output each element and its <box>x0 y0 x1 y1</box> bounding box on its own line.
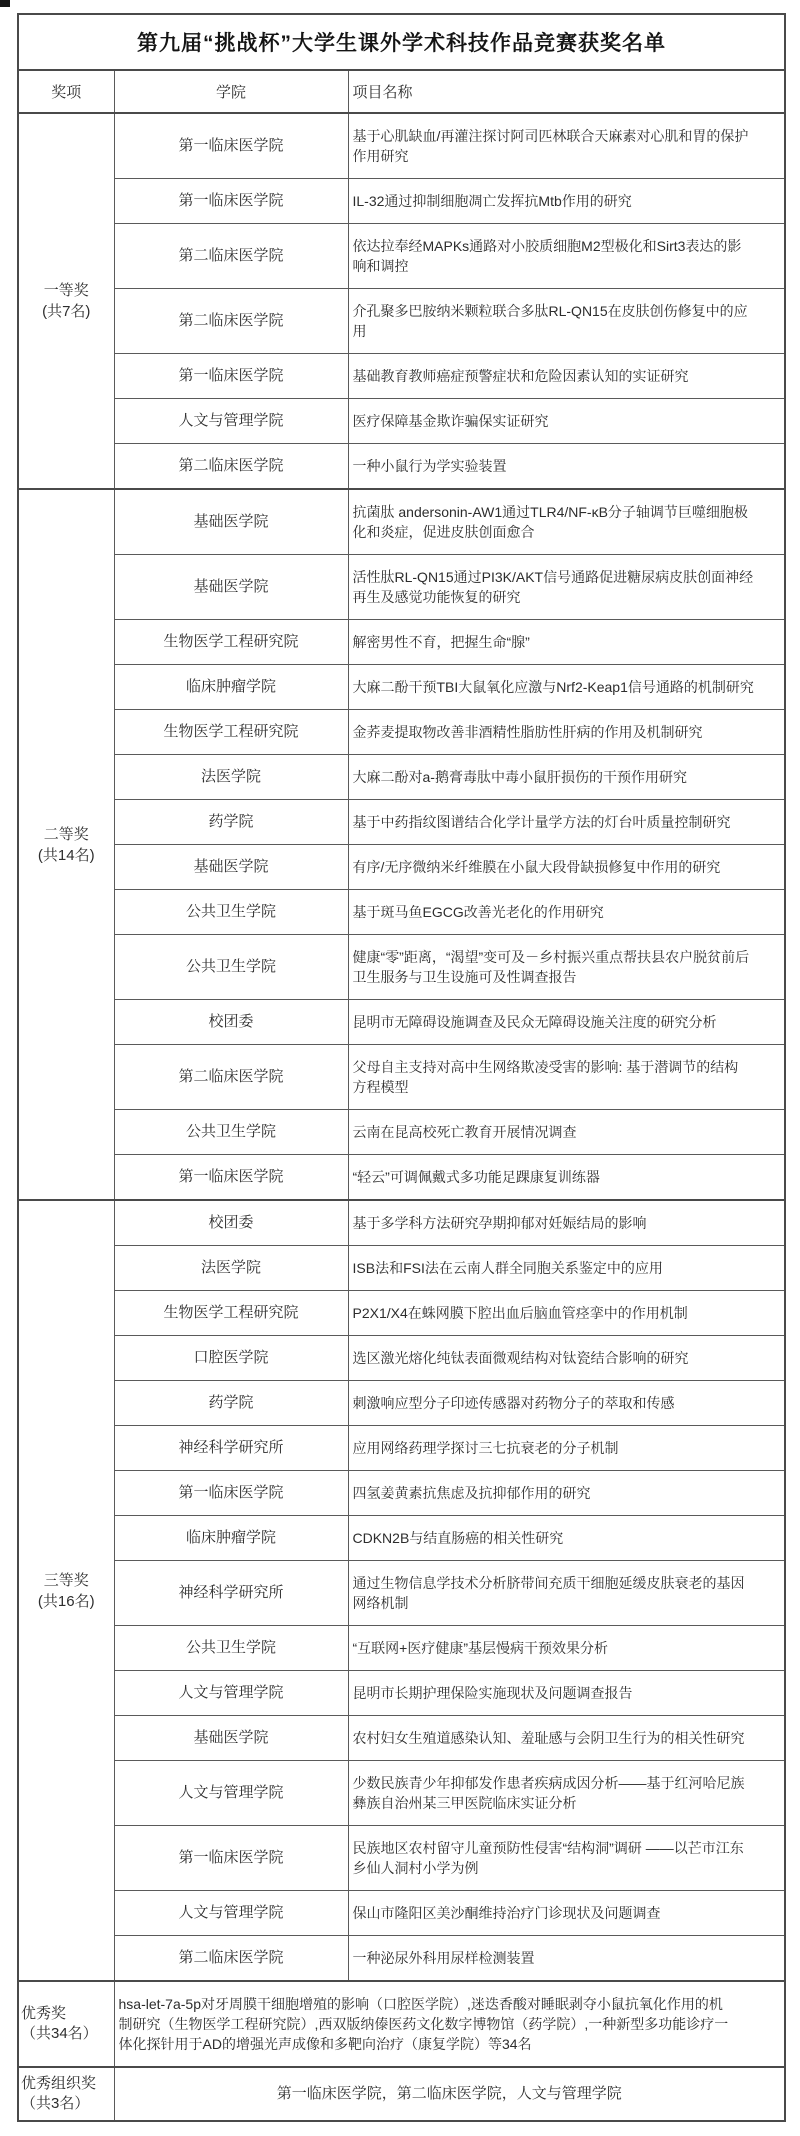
award-section-cell: 三等奖(共16名) <box>18 1200 114 1981</box>
project-cell: ISB法和FSI法在云南人群全同胞关系鉴定中的应用 <box>348 1246 785 1291</box>
table-row: 神经科学研究所应用网络药理学探讨三七抗衰老的分子机制 <box>18 1426 785 1471</box>
project-cell: 昆明市无障碍设施调查及民众无障碍设施关注度的研究分析 <box>348 1000 785 1045</box>
project-cell: 有序/无序微纳米纤维膜在小鼠大段骨缺损修复中作用的研究 <box>348 845 785 890</box>
award-section-label: 二等奖 <box>21 824 112 845</box>
project-cell: 父母自主支持对高中生网络欺凌受害的影响: 基于潜调节的结构 方程模型 <box>348 1045 785 1110</box>
project-cell: CDKN2B与结直肠癌的相关性研究 <box>348 1516 785 1561</box>
college-cell: 第一临床医学院 <box>114 1471 348 1516</box>
college-cell: 基础医学院 <box>114 555 348 620</box>
project-cell: 基础教育教师癌症预警症状和危险因素认知的实证研究 <box>348 354 785 399</box>
project-cell: P2X1/X4在蛛网膜下腔出血后脑血管痉挛中的作用机制 <box>348 1291 785 1336</box>
table-row: 公共卫生学院云南在昆高校死亡教育开展情况调查 <box>18 1110 785 1155</box>
table-row: 生物医学工程研究院解密男性不育，把握生命“腺” <box>18 620 785 665</box>
project-cell: “互联网+医疗健康”基层慢病干预效果分析 <box>348 1626 785 1671</box>
table-row: 公共卫生学院健康“零”距离，“渴望”变可及－乡村振兴重点帮扶县农户脱贫前后 卫生… <box>18 935 785 1000</box>
college-cell: 神经科学研究所 <box>114 1426 348 1471</box>
table-row: 优秀组织奖（共3名）第一临床医学院，第二临床医学院，人文与管理学院 <box>18 2067 785 2121</box>
table-row: 基础医学院活性肽RL-QN15通过PI3K/AKT信号通路促进糖尿病皮肤创面神经… <box>18 555 785 620</box>
table-row: 第二临床医学院一种泌尿外科用尿样检测装置 <box>18 1936 785 1982</box>
table-row: 临床肿瘤学院大麻二酚干预TBI大鼠氧化应激与Nrf2-Keap1信号通路的机制研… <box>18 665 785 710</box>
special-award-text: 第一临床医学院，第二临床医学院，人文与管理学院 <box>114 2067 785 2121</box>
college-cell: 临床肿瘤学院 <box>114 665 348 710</box>
college-cell: 第二临床医学院 <box>114 1936 348 1982</box>
table-row: 口腔医学院选区激光熔化纯钛表面微观结构对钛瓷结合影响的研究 <box>18 1336 785 1381</box>
project-cell: 昆明市长期护理保险实施现状及问题调查报告 <box>348 1671 785 1716</box>
project-cell: 基于斑马鱼EGCG改善光老化的作用研究 <box>348 890 785 935</box>
college-cell: 校团委 <box>114 1000 348 1045</box>
college-cell: 生物医学工程研究院 <box>114 620 348 665</box>
project-cell: 抗菌肽 andersonin-AW1通过TLR4/NF-κB分子轴调节巨噬细胞极… <box>348 489 785 555</box>
college-cell: 公共卫生学院 <box>114 1110 348 1155</box>
header-row: 奖项 学院 项目名称 <box>18 70 785 113</box>
project-cell: 大麻二酚干预TBI大鼠氧化应激与Nrf2-Keap1信号通路的机制研究 <box>348 665 785 710</box>
project-cell: 少数民族青少年抑郁发作患者疾病成因分析——基于红河哈尼族 彝族自治州某三甲医院临… <box>348 1761 785 1826</box>
award-section-count: (共14名) <box>21 845 112 866</box>
project-cell: 一种小鼠行为学实验装置 <box>348 444 785 490</box>
project-cell: “轻云”可调佩戴式多功能足踝康复训练器 <box>348 1155 785 1201</box>
project-cell: 依达拉奉经MAPKs通路对小胶质细胞M2型极化和Sirt3表达的影 响和调控 <box>348 224 785 289</box>
table-row: 法医学院ISB法和FSI法在云南人群全同胞关系鉴定中的应用 <box>18 1246 785 1291</box>
college-cell: 第一临床医学院 <box>114 113 348 179</box>
award-section-cell: 优秀奖（共34名） <box>18 1981 114 2067</box>
table-row: 第二临床医学院依达拉奉经MAPKs通路对小胶质细胞M2型极化和Sirt3表达的影… <box>18 224 785 289</box>
college-cell: 药学院 <box>114 1381 348 1426</box>
award-section-cell: 优秀组织奖（共3名） <box>18 2067 114 2121</box>
college-cell: 人文与管理学院 <box>114 1891 348 1936</box>
award-section-count: (共7名) <box>21 301 112 322</box>
page-title: 第九届“挑战杯”大学生课外学术科技作品竞赛获奖名单 <box>18 14 785 70</box>
college-cell: 第二临床医学院 <box>114 289 348 354</box>
project-cell: 解密男性不育，把握生命“腺” <box>348 620 785 665</box>
project-cell: 基于心肌缺血/再灌注探讨阿司匹林联合天麻素对心肌和胃的保护 作用研究 <box>348 113 785 179</box>
college-cell: 法医学院 <box>114 755 348 800</box>
table-row: 第二临床医学院父母自主支持对高中生网络欺凌受害的影响: 基于潜调节的结构 方程模… <box>18 1045 785 1110</box>
college-cell: 第二临床医学院 <box>114 1045 348 1110</box>
project-cell: 民族地区农村留守儿童预防性侵害“结构洞”调研 ——以芒市江东 乡仙人洞村小学为例 <box>348 1826 785 1891</box>
table-row: 第一临床医学院四氢姜黄素抗焦虑及抗抑郁作用的研究 <box>18 1471 785 1516</box>
table-row: 基础医学院农村妇女生殖道感染认知、羞耻感与会阴卫生行为的相关性研究 <box>18 1716 785 1761</box>
college-cell: 口腔医学院 <box>114 1336 348 1381</box>
project-cell: 保山市隆阳区美沙酮维持治疗门诊现状及问题调查 <box>348 1891 785 1936</box>
table-row: 神经科学研究所通过生物信息学技术分析脐带间充质干细胞延缓皮肤衰老的基因 网络机制 <box>18 1561 785 1626</box>
college-cell: 人文与管理学院 <box>114 1761 348 1826</box>
college-cell: 第一临床医学院 <box>114 179 348 224</box>
project-cell: IL-32通过抑制细胞凋亡发挥抗Mtb作用的研究 <box>348 179 785 224</box>
table-row: 生物医学工程研究院金荞麦提取物改善非酒精性脂肪性肝病的作用及机制研究 <box>18 710 785 755</box>
college-cell: 基础医学院 <box>114 489 348 555</box>
table-row: 优秀奖（共34名）hsa-let-7a-5p对牙周膜干细胞增殖的影响（口腔医学院… <box>18 1981 785 2067</box>
college-cell: 生物医学工程研究院 <box>114 710 348 755</box>
college-column-header: 学院 <box>114 70 348 113</box>
table-row: 第二临床医学院介孔聚多巴胺纳米颗粒联合多肽RL-QN15在皮肤创伤修复中的应 用 <box>18 289 785 354</box>
award-section-cell: 二等奖(共14名) <box>18 489 114 1200</box>
college-cell: 人文与管理学院 <box>114 399 348 444</box>
award-section-label: 优秀组织奖 <box>21 2074 112 2094</box>
project-cell: 云南在昆高校死亡教育开展情况调查 <box>348 1110 785 1155</box>
award-column-header: 奖项 <box>18 70 114 113</box>
project-cell: 选区激光熔化纯钛表面微观结构对钛瓷结合影响的研究 <box>348 1336 785 1381</box>
title-row: 第九届“挑战杯”大学生课外学术科技作品竞赛获奖名单 <box>18 14 785 70</box>
college-cell: 基础医学院 <box>114 1716 348 1761</box>
special-award-text: hsa-let-7a-5p对牙周膜干细胞增殖的影响（口腔医学院）,迷迭香酸对睡眠… <box>114 1981 785 2067</box>
table-row: 三等奖(共16名)校团委基于多学科方法研究孕期抑郁对妊娠结局的影响 <box>18 1200 785 1246</box>
college-cell: 临床肿瘤学院 <box>114 1516 348 1561</box>
table-row: 第一临床医学院“轻云”可调佩戴式多功能足踝康复训练器 <box>18 1155 785 1201</box>
project-cell: 活性肽RL-QN15通过PI3K/AKT信号通路促进糖尿病皮肤创面神经 再生及感… <box>348 555 785 620</box>
table-row: 第二临床医学院一种小鼠行为学实验装置 <box>18 444 785 490</box>
college-cell: 公共卫生学院 <box>114 935 348 1000</box>
project-cell: 大麻二酚对a-鹅膏毒肽中毒小鼠肝损伤的干预作用研究 <box>348 755 785 800</box>
table-row: 法医学院大麻二酚对a-鹅膏毒肽中毒小鼠肝损伤的干预作用研究 <box>18 755 785 800</box>
project-cell: 健康“零”距离，“渴望”变可及－乡村振兴重点帮扶县农户脱贫前后 卫生服务与卫生设… <box>348 935 785 1000</box>
scan-artifact-mark <box>0 0 10 7</box>
award-table: 第九届“挑战杯”大学生课外学术科技作品竞赛获奖名单 奖项 学院 项目名称 一等奖… <box>17 13 786 2122</box>
award-list-page: 第九届“挑战杯”大学生课外学术科技作品竞赛获奖名单 奖项 学院 项目名称 一等奖… <box>0 0 800 2136</box>
table-row: 二等奖(共14名)基础医学院抗菌肽 andersonin-AW1通过TLR4/N… <box>18 489 785 555</box>
project-cell: 基于多学科方法研究孕期抑郁对妊娠结局的影响 <box>348 1200 785 1246</box>
award-section-label: 优秀奖 <box>21 2004 112 2024</box>
project-cell: 刺激响应型分子印迹传感器对药物分子的萃取和传感 <box>348 1381 785 1426</box>
college-cell: 药学院 <box>114 800 348 845</box>
table-row: 人文与管理学院少数民族青少年抑郁发作患者疾病成因分析——基于红河哈尼族 彝族自治… <box>18 1761 785 1826</box>
table-row: 人文与管理学院保山市隆阳区美沙酮维持治疗门诊现状及问题调查 <box>18 1891 785 1936</box>
award-section-label: 一等奖 <box>21 280 112 301</box>
college-cell: 公共卫生学院 <box>114 890 348 935</box>
project-cell: 农村妇女生殖道感染认知、羞耻感与会阴卫生行为的相关性研究 <box>348 1716 785 1761</box>
project-cell: 应用网络药理学探讨三七抗衰老的分子机制 <box>348 1426 785 1471</box>
table-row: 人文与管理学院医疗保障基金欺诈骗保实证研究 <box>18 399 785 444</box>
project-cell: 金荞麦提取物改善非酒精性脂肪性肝病的作用及机制研究 <box>348 710 785 755</box>
project-cell: 通过生物信息学技术分析脐带间充质干细胞延缓皮肤衰老的基因 网络机制 <box>348 1561 785 1626</box>
table-row: 第一临床医学院基础教育教师癌症预警症状和危险因素认知的实证研究 <box>18 354 785 399</box>
college-cell: 生物医学工程研究院 <box>114 1291 348 1336</box>
table-row: 基础医学院有序/无序微纳米纤维膜在小鼠大段骨缺损修复中作用的研究 <box>18 845 785 890</box>
award-section-count: （共34名） <box>21 2024 112 2044</box>
table-row: 药学院基于中药指纹图谱结合化学计量学方法的灯台叶质量控制研究 <box>18 800 785 845</box>
project-cell: 基于中药指纹图谱结合化学计量学方法的灯台叶质量控制研究 <box>348 800 785 845</box>
college-cell: 第一临床医学院 <box>114 354 348 399</box>
table-row: 人文与管理学院昆明市长期护理保险实施现状及问题调查报告 <box>18 1671 785 1716</box>
college-cell: 基础医学院 <box>114 845 348 890</box>
college-cell: 公共卫生学院 <box>114 1626 348 1671</box>
table-row: 药学院刺激响应型分子印迹传感器对药物分子的萃取和传感 <box>18 1381 785 1426</box>
table-row: 校团委昆明市无障碍设施调查及民众无障碍设施关注度的研究分析 <box>18 1000 785 1045</box>
award-section-label: 三等奖 <box>21 1570 112 1591</box>
college-cell: 第二临床医学院 <box>114 224 348 289</box>
table-row: 第一临床医学院民族地区农村留守儿童预防性侵害“结构洞”调研 ——以芒市江东 乡仙… <box>18 1826 785 1891</box>
table-row: 一等奖(共7名)第一临床医学院基于心肌缺血/再灌注探讨阿司匹林联合天麻素对心肌和… <box>18 113 785 179</box>
college-cell: 第二临床医学院 <box>114 444 348 490</box>
table-row: 第一临床医学院IL-32通过抑制细胞凋亡发挥抗Mtb作用的研究 <box>18 179 785 224</box>
award-section-count: (共16名) <box>21 1591 112 1612</box>
college-cell: 法医学院 <box>114 1246 348 1291</box>
table-row: 公共卫生学院基于斑马鱼EGCG改善光老化的作用研究 <box>18 890 785 935</box>
table-row: 公共卫生学院“互联网+医疗健康”基层慢病干预效果分析 <box>18 1626 785 1671</box>
project-cell: 医疗保障基金欺诈骗保实证研究 <box>348 399 785 444</box>
table-row: 生物医学工程研究院P2X1/X4在蛛网膜下腔出血后脑血管痉挛中的作用机制 <box>18 1291 785 1336</box>
project-column-header: 项目名称 <box>348 70 785 113</box>
project-cell: 四氢姜黄素抗焦虑及抗抑郁作用的研究 <box>348 1471 785 1516</box>
award-section-cell: 一等奖(共7名) <box>18 113 114 489</box>
award-section-count: （共3名） <box>21 2094 112 2114</box>
college-cell: 校团委 <box>114 1200 348 1246</box>
table-row: 临床肿瘤学院CDKN2B与结直肠癌的相关性研究 <box>18 1516 785 1561</box>
college-cell: 人文与管理学院 <box>114 1671 348 1716</box>
college-cell: 神经科学研究所 <box>114 1561 348 1626</box>
college-cell: 第一临床医学院 <box>114 1155 348 1201</box>
college-cell: 第一临床医学院 <box>114 1826 348 1891</box>
project-cell: 一种泌尿外科用尿样检测装置 <box>348 1936 785 1982</box>
project-cell: 介孔聚多巴胺纳米颗粒联合多肽RL-QN15在皮肤创伤修复中的应 用 <box>348 289 785 354</box>
